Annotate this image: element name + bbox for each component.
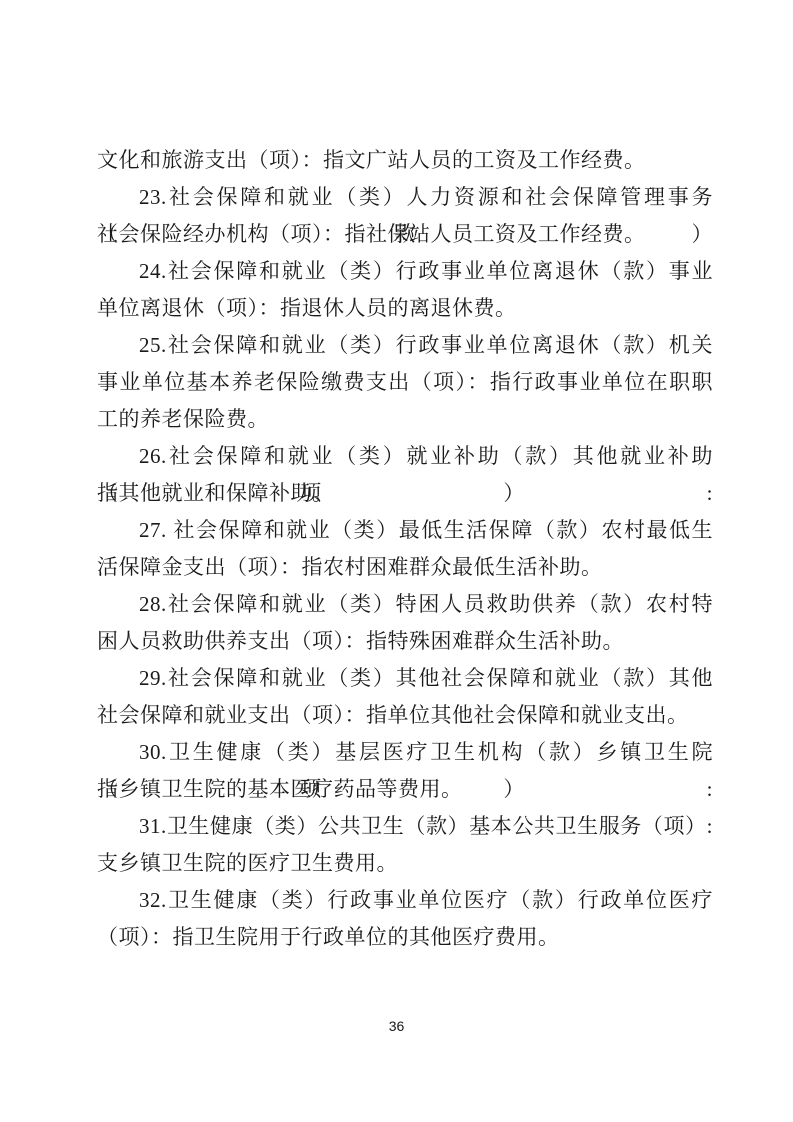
text-line: 32.卫生健康（类）行政事业单位医疗（款）行政单位医疗 [97,882,713,919]
text-line: 困人员救助供养支出（项）：指特殊困难群众生活补助。 [97,623,713,660]
text-line: 事业单位基本养老保险缴费支出（项）：指行政事业单位在职职 [97,364,713,401]
text-line: 23.社会保障和就业（类）人力资源和社会保障管理事务（款） [97,179,713,216]
text-line: 文化和旅游支出（项）：指文广站人员的工资及工作经费。 [97,142,713,179]
text-line: 27. 社会保障和就业（类）最低生活保障（款）农村最低生 [97,512,713,549]
text-line: 支乡镇卫生院的医疗卫生费用。 [97,845,713,882]
text-line: 24.社会保障和就业（类）行政事业单位离退休（款）事业 [97,253,713,290]
text-line: 活保障金支出（项）：指农村困难群众最低生活补助。 [97,549,713,586]
text-line: 工的养老保险费。 [97,401,713,438]
text-line: 29.社会保障和就业（类）其他社会保障和就业（款）其他 [97,660,713,697]
text-block: 文化和旅游支出（项）：指文广站人员的工资及工作经费。23.社会保障和就业（类）人… [97,142,713,956]
text-line: 社会保障和就业支出（项）：指单位其他社会保障和就业支出。 [97,697,713,734]
page-number: 36 [0,1018,793,1034]
text-line: 26.社会保障和就业（类）就业补助（款）其他就业补助（项）: [97,438,713,475]
text-line: 31.卫生健康（类）公共卫生（款）基本公共卫生服务（项）: [97,808,713,845]
text-line: （项）：指卫生院用于行政单位的其他医疗费用。 [97,919,713,956]
text-line: 30.卫生健康（类）基层医疗卫生机构（款）乡镇卫生院（项）: [97,734,713,771]
text-line: 25.社会保障和就业（类）行政事业单位离退休（款）机关 [97,327,713,364]
text-line: 社会保险经办机构（项）：指社保站人员工资及工作经费。 [97,216,713,253]
document-page: 文化和旅游支出（项）：指文广站人员的工资及工作经费。23.社会保障和就业（类）人… [0,0,793,1122]
text-line: 28.社会保障和就业（类）特困人员救助供养（款）农村特 [97,586,713,623]
text-line: 单位离退休（项）：指退休人员的离退休费。 [97,290,713,327]
